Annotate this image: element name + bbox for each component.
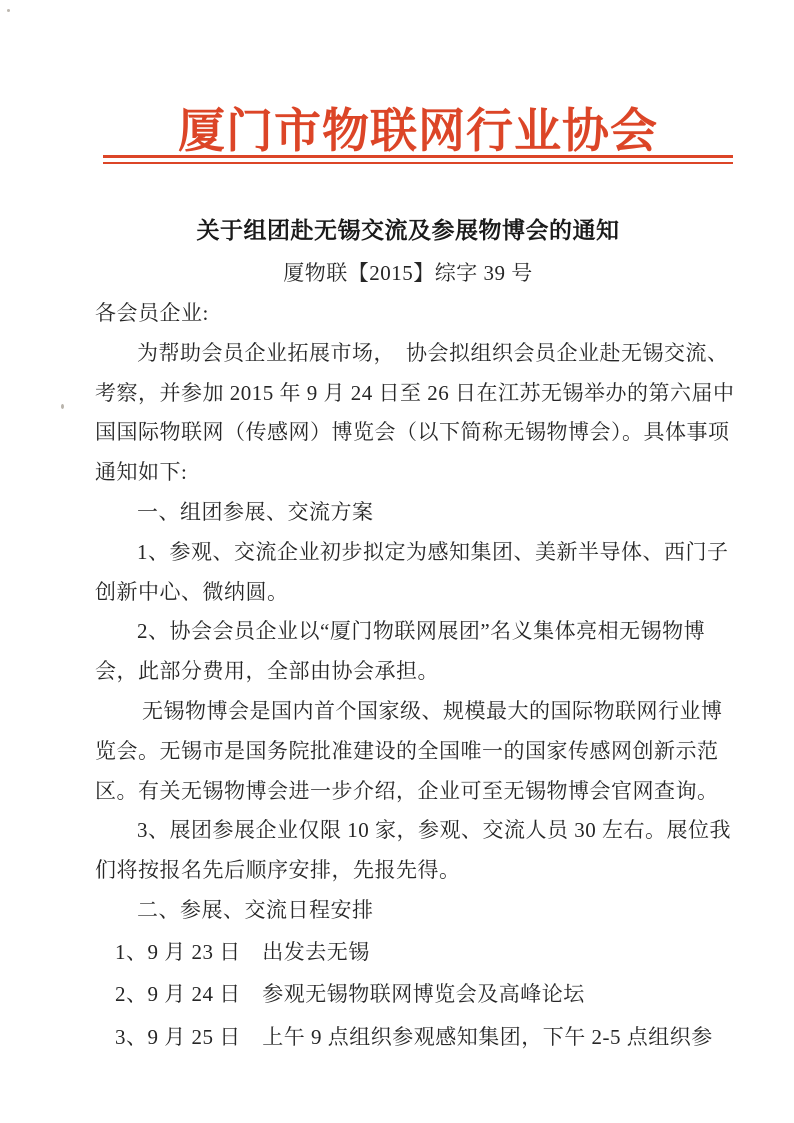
scan-speckle xyxy=(61,404,64,409)
document-line: 2、协会会员企业以“厦门物联网展团”名义集体亮相无锡物博 xyxy=(95,612,755,652)
letterhead-org-name: 厦门市物联网行业协会 xyxy=(103,94,733,161)
document-number: 厦物联【2015】综字 39 号 xyxy=(30,257,786,287)
document-line: 1、9 月 23 日 出发去无锡 xyxy=(95,931,755,974)
document-body: 各会员企业:为帮助会员企业拓展市场， 协会拟组织会员企业赴无锡交流、考察，并参加… xyxy=(95,294,755,1058)
document-line: 会，此部分费用，全部由协会承担。 xyxy=(95,652,755,692)
document-line: 3、9 月 25 日 上午 9 点组织参观感知集团，下午 2-5 点组织参 xyxy=(95,1016,755,1059)
document-line: 3、展团参展企业仅限 10 家，参观、交流人员 30 左右。展位我 xyxy=(95,811,755,851)
document-line: 1、参观、交流企业初步拟定为感知集团、美新半导体、西门子 xyxy=(95,533,755,573)
document-line: 考察，并参加 2015 年 9 月 24 日至 26 日在江苏无锡举办的第六届中 xyxy=(95,374,755,414)
document-line: 通知如下: xyxy=(95,453,755,493)
letterhead-rule-thin xyxy=(103,162,733,164)
scan-speckle xyxy=(7,9,10,12)
document-line: 一、组团参展、交流方案 xyxy=(95,493,755,533)
document-line: 2、9 月 24 日 参观无锡物联网博览会及高峰论坛 xyxy=(95,973,755,1016)
document-line: 各会员企业: xyxy=(95,294,755,334)
document-line: 二、参展、交流日程安排 xyxy=(95,891,755,931)
document-line: 无锡物博会是国内首个国家级、规模最大的国际物联网行业博 xyxy=(95,692,755,732)
document-line: 览会。无锡市是国务院批准建设的全国唯一的国家传感网创新示范 xyxy=(95,732,755,772)
document-line: 创新中心、微纳圆。 xyxy=(95,573,755,613)
document-line: 们将按报名先后顺序安排，先报先得。 xyxy=(95,851,755,891)
document-line: 为帮助会员企业拓展市场， 协会拟组织会员企业赴无锡交流、 xyxy=(95,334,755,374)
scanned-notice-page: 厦门市物联网行业协会 关于组团赴无锡交流及参展物博会的通知 厦物联【2015】综… xyxy=(0,0,794,1123)
document-title: 关于组团赴无锡交流及参展物博会的通知 xyxy=(30,212,786,245)
document-line: 区。有关无锡物博会进一步介绍，企业可至无锡物博会官网查询。 xyxy=(95,772,755,812)
document-line: 国国际物联网（传感网）博览会（以下简称无锡物博会）。具体事项 xyxy=(95,413,755,453)
letterhead-rule-thick xyxy=(103,155,733,158)
